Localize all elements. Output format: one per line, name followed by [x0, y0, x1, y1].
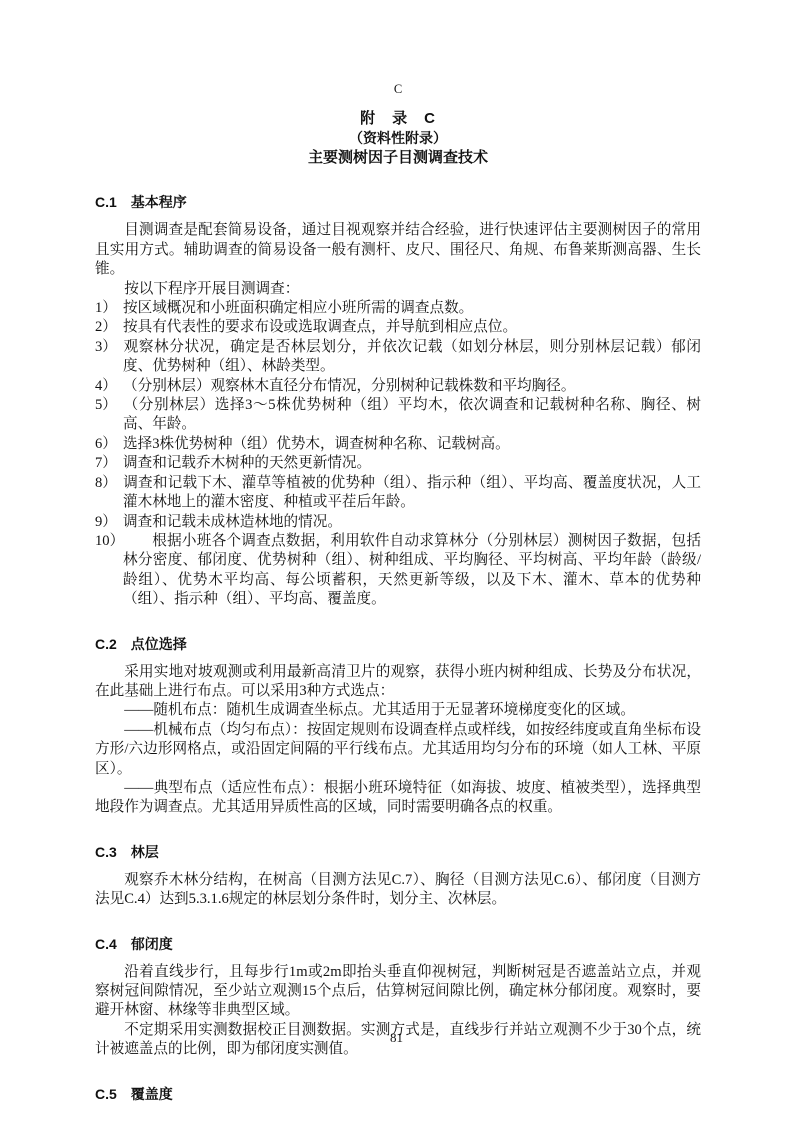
step-item-3: 3）观察林分状况，确定是否林层划分，并依次记载（如划分林层，则分别林层记载）郁闭… [95, 338, 701, 377]
method-item-typical: ——典型布点（适应性布点）：根据小班环境特征（如海拔、坡度、植被类型），选择典型… [95, 779, 701, 818]
step-item-10: 10）根据小班各个调查点数据，利用软件自动求算林分（分别林层）测树因子数据，包括… [95, 532, 701, 610]
section-body-c3: 观察乔木林分结构，在树高（目测方法见C.7）、胸径（目测方法见C.6）、郁闭度（… [95, 871, 701, 910]
step-text: 选择3株优势树种（组）优势木，调查树种名称、记载树高。 [123, 436, 510, 452]
paragraph-c2-intro: 采用实地对坡观测或利用最新高清卫片的观察，获得小班内树种组成、长势及分布状况，在… [95, 663, 701, 702]
appendix-marker-letter: C [95, 80, 701, 99]
step-item-4: 4）（分别林层）观察林木直径分布情况，分别树种记载株数和平均胸径。 [95, 377, 701, 396]
step-item-1: 1）按区域概况和小班面积确定相应小班所需的调查点数。 [95, 299, 701, 318]
procedure-steps-list: 1）按区域概况和小班面积确定相应小班所需的调查点数。 2）按具有代表性的要求布设… [95, 299, 701, 610]
step-marker: 9） [95, 513, 123, 532]
section-number: C.3 [95, 844, 117, 860]
appendix-subject-title: 主要测树因子目测调查技术 [95, 148, 701, 168]
step-marker: 4） [95, 377, 123, 396]
section-number: C.4 [95, 936, 117, 952]
step-marker: 10） [95, 532, 152, 551]
step-marker: 1） [95, 299, 123, 318]
section-body-c1: 目测调查是配套简易设备，通过目视观察并结合经验，进行快速评估主要测树因子的常用且… [95, 221, 701, 609]
section-heading-c5: C.5覆盖度 [95, 1085, 701, 1103]
step-marker: 6） [95, 435, 123, 454]
step-text: 调查和记载下木、灌草等植被的优势种（组）、指示种（组）、平均高、覆盖度状况，人工… [123, 475, 701, 510]
step-marker: 2） [95, 318, 123, 337]
section-heading-c3: C.3林层 [95, 843, 701, 861]
section-number: C.5 [95, 1086, 117, 1102]
step-item-9: 9）调查和记载未成林造林地的情况。 [95, 513, 701, 532]
appendix-title: 附 录 C [95, 108, 701, 129]
section-title: 基本程序 [131, 194, 187, 210]
step-marker: 7） [95, 454, 123, 473]
section-number: C.2 [95, 636, 117, 652]
section-c2: C.2点位选择 采用实地对坡观测或利用最新高清卫片的观察，获得小班内树种组成、长… [95, 635, 701, 818]
section-title: 点位选择 [131, 636, 187, 652]
step-item-5: 5）（分别林层）选择3～5株优势树种（组）平均木，依次调查和记载树种名称、胸径、… [95, 396, 701, 435]
step-text: 根据小班各个调查点数据，利用软件自动求算林分（分别林层）测树因子数据，包括林分密… [123, 533, 701, 607]
section-number: C.1 [95, 194, 117, 210]
step-item-7: 7）调查和记载乔木树种的天然更新情况。 [95, 454, 701, 473]
section-heading-c2: C.2点位选择 [95, 635, 701, 653]
paragraph-c4-1: 沿着直线步行，且每步行1m或2m即抬头垂直仰视树冠，判断树冠是否遮盖站立点，并观… [95, 963, 701, 1021]
paragraph-c1-intro: 目测调查是配套简易设备，通过目视观察并结合经验，进行快速评估主要测树因子的常用且… [95, 221, 701, 279]
section-c1: C.1基本程序 目测调查是配套简易设备，通过目视观察并结合经验，进行快速评估主要… [95, 193, 701, 609]
document-page: C 附 录 C （资料性附录） 主要测树因子目测调查技术 C.1基本程序 目测调… [0, 0, 793, 1121]
step-text: 调查和记载未成林造林地的情况。 [123, 514, 342, 530]
appendix-type-label: （资料性附录） [95, 129, 701, 148]
step-text: 按区域概况和小班面积确定相应小班所需的调查点数。 [123, 300, 473, 316]
step-text: （分别林层）观察林木直径分布情况，分别树种记载株数和平均胸径。 [123, 378, 575, 394]
section-heading-c1: C.1基本程序 [95, 193, 701, 211]
step-text: 观察林分状况，确定是否林层划分，并依次记载（如划分林层，则分别林层记载）郁闭度、… [123, 339, 701, 374]
step-text: （分别林层）选择3～5株优势树种（组）平均木，依次调查和记载树种名称、胸径、树高… [123, 397, 701, 432]
section-c3: C.3林层 观察乔木林分结构，在树高（目测方法见C.7）、胸径（目测方法见C.6… [95, 843, 701, 910]
paragraph-c1-list-lead: 按以下程序开展目测调查： [95, 280, 701, 299]
section-c5: C.5覆盖度 [95, 1085, 701, 1103]
section-title: 覆盖度 [131, 1086, 173, 1102]
section-title: 郁闭度 [131, 936, 173, 952]
step-text: 按具有代表性的要求布设或选取调查点，并导航到相应点位。 [123, 319, 517, 335]
section-body-c2: 采用实地对坡观测或利用最新高清卫片的观察，获得小班内树种组成、长势及分布状况，在… [95, 663, 701, 818]
method-item-random: ——随机布点：随机生成调查坐标点。尤其适用于无显著环境梯度变化的区域。 [95, 701, 701, 720]
page-number: 81 [0, 1028, 793, 1047]
page-content: C 附 录 C （资料性附录） 主要测树因子目测调查技术 C.1基本程序 目测调… [0, 0, 793, 1103]
step-item-2: 2）按具有代表性的要求布设或选取调查点，并导航到相应点位。 [95, 318, 701, 337]
step-item-8: 8）调查和记载下木、灌草等植被的优势种（组）、指示种（组）、平均高、覆盖度状况，… [95, 474, 701, 513]
section-heading-c4: C.4郁闭度 [95, 935, 701, 953]
step-marker: 5） [95, 396, 123, 415]
step-marker: 3） [95, 338, 123, 357]
step-marker: 8） [95, 474, 123, 493]
method-item-systematic: ——机械布点（均匀布点）：按固定规则布设调查样点或样线，如按经纬度或直角坐标布设… [95, 721, 701, 779]
section-title: 林层 [131, 844, 159, 860]
step-text: 调查和记载乔木树种的天然更新情况。 [123, 455, 371, 471]
step-item-6: 6）选择3株优势树种（组）优势木，调查树种名称、记载树高。 [95, 435, 701, 454]
paragraph-c3-body: 观察乔木林分结构，在树高（目测方法见C.7）、胸径（目测方法见C.6）、郁闭度（… [95, 871, 701, 910]
